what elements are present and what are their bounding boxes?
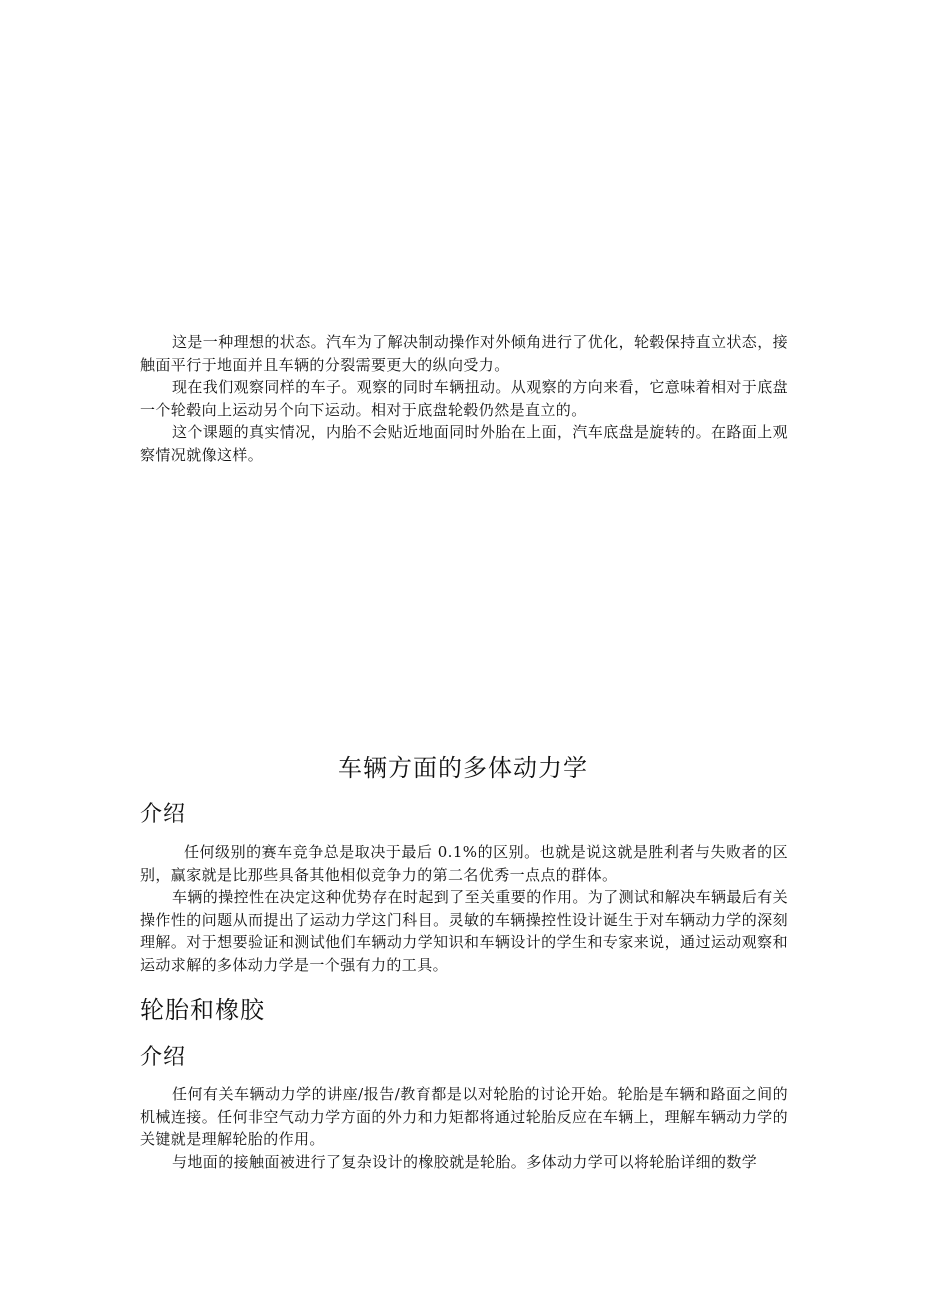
paragraph: 与地面的接触面被进行了复杂设计的橡胶就是轮胎。多体动力学可以将轮胎详细的数学 [140,1151,788,1174]
section-heading-tires-intro: 介绍 [140,1043,186,1073]
paragraph: 这个课题的真实情况，内胎不会贴近地面同时外胎在上面，汽车底盘是旋转的。在路面上观… [140,421,788,466]
paragraph: 现在我们观察同样的车子。观察的同时车辆扭动。从观察的方向来看，它意味着相对于底盘… [140,376,788,421]
document-title: 车辆方面的多体动力学 [0,752,926,784]
top-text-block: 这是一种理想的状态。汽车为了解决制动操作对外倾角进行了优化，轮毂保持直立状态，接… [140,331,788,467]
section-heading-intro: 介绍 [140,800,186,830]
paragraph: 车辆的操控性在决定这种优势存在时起到了至关重要的作用。为了测试和解决车辆最后有关… [140,886,788,976]
document-page: 这是一种理想的状态。汽车为了解决制动操作对外倾角进行了优化，轮毂保持直立状态，接… [0,0,926,1309]
paragraph: 任何级别的赛车竞争总是取决于最后 0.1%的区别。也就是说这就是胜利者与失败者的… [140,841,788,886]
section-title-tires: 轮胎和橡胶 [140,994,265,1026]
paragraph: 这是一种理想的状态。汽车为了解决制动操作对外倾角进行了优化，轮毂保持直立状态，接… [140,331,788,376]
tires-text-block: 任何有关车辆动力学的讲座/报告/教育都是以对轮胎的讨论开始。轮胎是车辆和路面之间… [140,1083,788,1173]
intro-text-block: 任何级别的赛车竞争总是取决于最后 0.1%的区别。也就是说这就是胜利者与失败者的… [140,841,788,977]
paragraph: 任何有关车辆动力学的讲座/报告/教育都是以对轮胎的讨论开始。轮胎是车辆和路面之间… [140,1083,788,1151]
